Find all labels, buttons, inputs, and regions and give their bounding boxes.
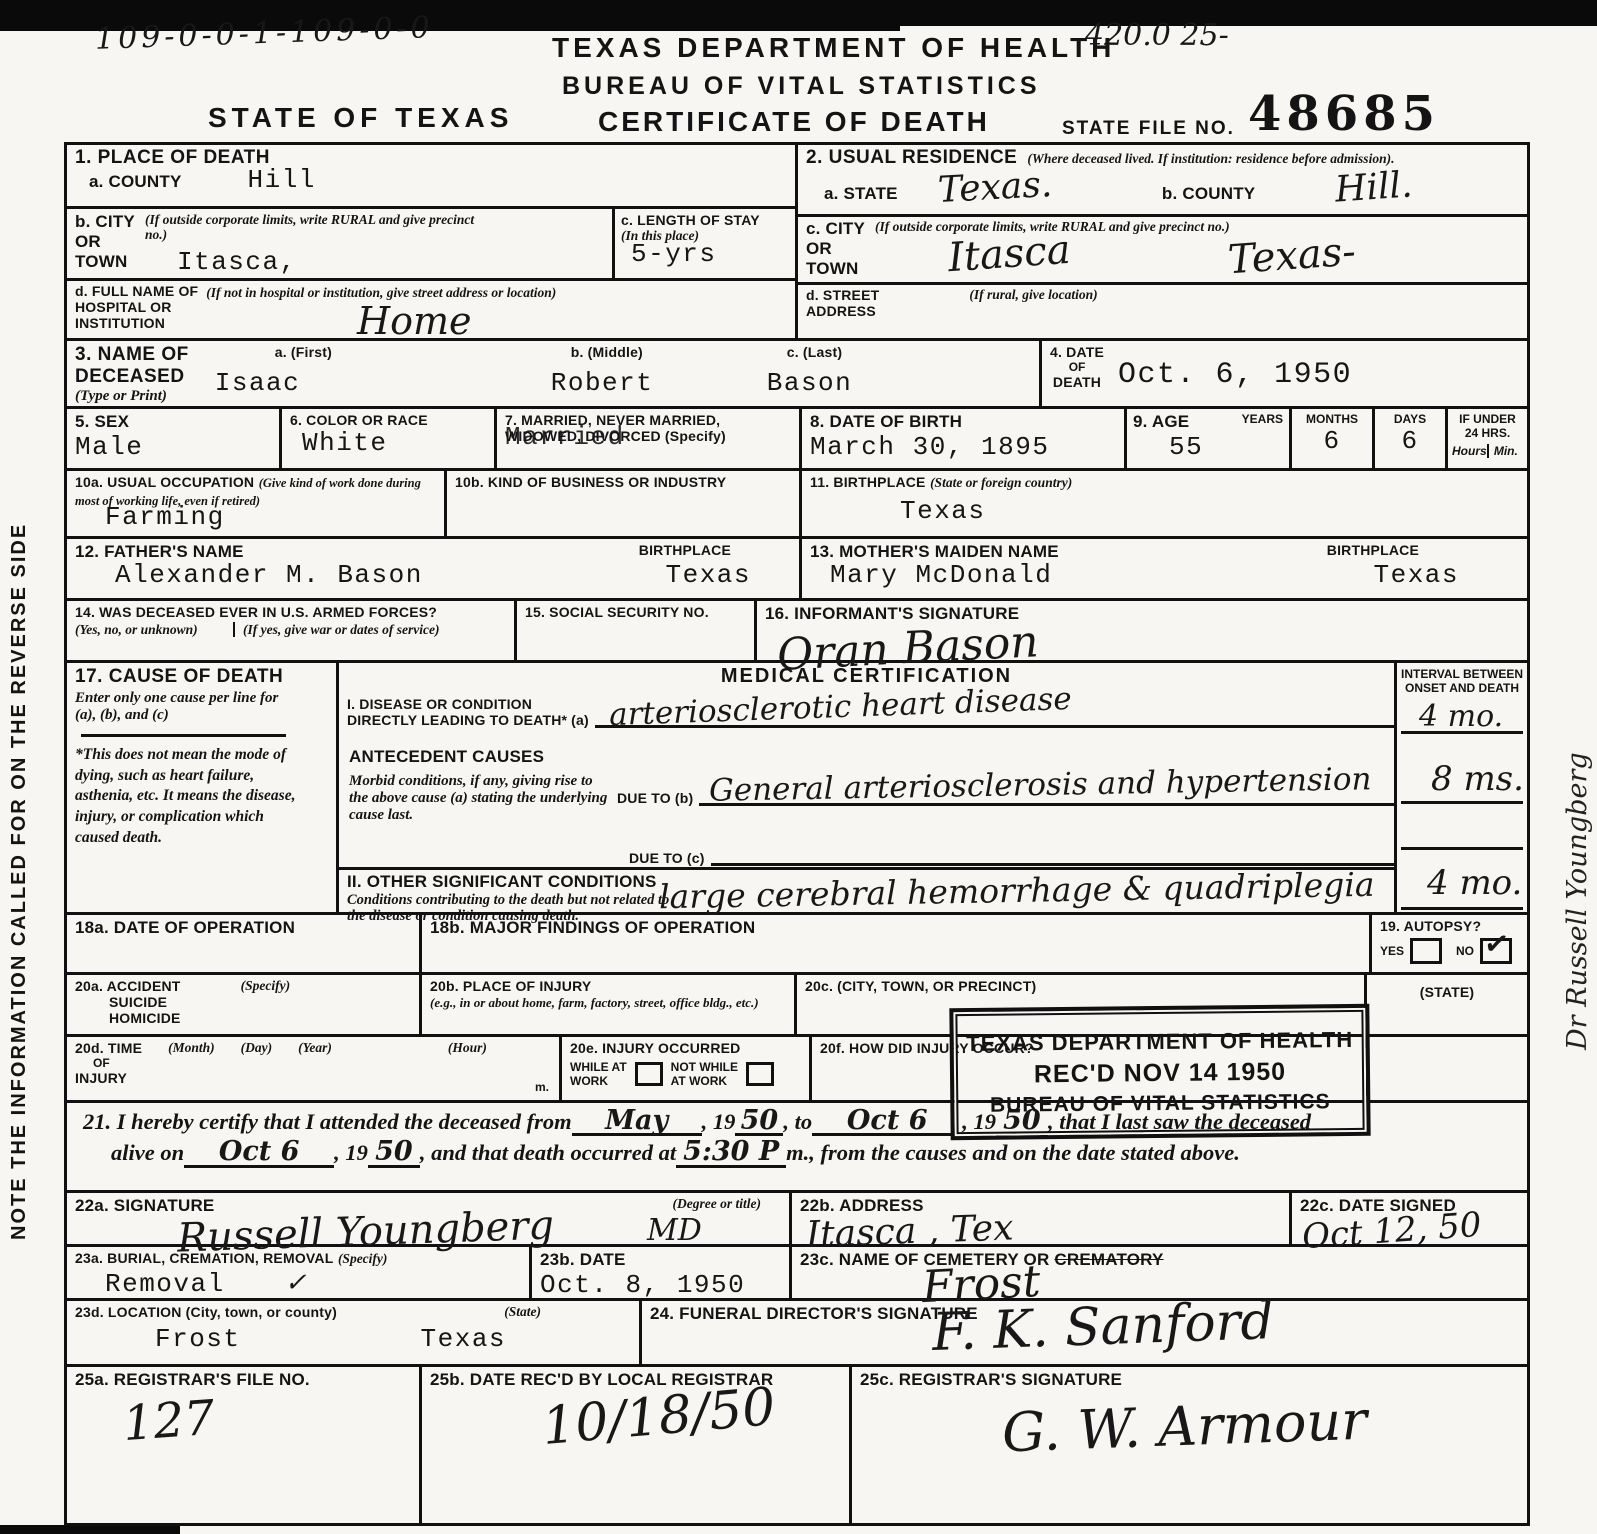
autopsy-no-label: NO (1456, 944, 1474, 958)
dob-label: 8. DATE OF BIRTH (810, 412, 1116, 432)
section-father: 12. FATHER'S NAME BIRTHPLACE Alexander M… (67, 539, 802, 598)
location-state-note: (State) (504, 1304, 541, 1320)
location-state-value: Texas (421, 1324, 507, 1354)
injury-at-work-label-2: WORK (570, 1074, 608, 1088)
section-time-of-injury: 20d. TIME OF INJURY (Month) (Day) (Year)… (67, 1037, 562, 1100)
burial-date-value: Oct. 8, 1950 (540, 1270, 781, 1300)
interval-c-line (1401, 831, 1523, 850)
race-value: White (302, 428, 486, 458)
section-injury-occurred: 20e. INJURY OCCURRED WHILE ATWORK NOT WH… (562, 1037, 812, 1100)
section-marital-status: 7. MARRIED, NEVER MARRIED, WIDOWED, DIVO… (497, 409, 802, 468)
accident-note: (Specify) (241, 978, 290, 1031)
certify-text-7: , 19 (334, 1140, 368, 1166)
cause-note-1: Enter only one cause per line for (a), (… (75, 690, 290, 724)
injury-city-label: 20c. (CITY, TOWN, OR PRECINCT) (805, 978, 1356, 994)
interval-label-1: INTERVAL BETWEEN (1397, 667, 1527, 681)
age-days-label: DAYS (1379, 412, 1441, 426)
birthplace-value: Texas (900, 496, 1519, 526)
injury-not-at-work-label-2: AT WORK (671, 1074, 727, 1088)
funeral-director-signature: F. K. Sanford (931, 1291, 1275, 1363)
autopsy-no-checkbox: ✓ (1480, 938, 1512, 964)
section-operation-findings: 18b. MAJOR FINDINGS OF OPERATION (422, 915, 1372, 972)
residence-city-label-3: TOWN (806, 259, 865, 279)
physician-signature-label: 22a. SIGNATURE (75, 1196, 214, 1216)
certify-death-time: 5:30 P (676, 1140, 786, 1167)
place-of-injury-label: 20b. PLACE OF INJURY (430, 978, 591, 994)
stamp-line-2: REC'D NOV 14 1950 (1034, 1057, 1287, 1089)
physician-address-value: Itasca , Tex (805, 1207, 1014, 1255)
section-color-race: 6. COLOR OR RACE White (282, 409, 497, 468)
section-accident-suicide: 20a. ACCIDENT SUICIDE HOMICIDE (Specify) (67, 975, 422, 1034)
age-months-label: MONTHS (1296, 412, 1368, 426)
section-place-of-injury: 20b. PLACE OF INJURY (e.g., in or about … (422, 975, 797, 1034)
certify-from-year: 50 (735, 1109, 783, 1136)
informant-label: 16. INFORMANT'S SIGNATURE (765, 604, 1519, 624)
state-of-texas-title: STATE OF TEXAS (208, 102, 513, 134)
dod-label-1: 4. DATE (1050, 344, 1104, 360)
right-margin-handwritten-note: Dr Russell Youngberg (1562, 420, 1593, 1050)
stamp-line-3: BUREAU OF VITAL STATISTICS (990, 1090, 1331, 1118)
department-title: TEXAS DEPARTMENT OF HEALTH (552, 32, 1115, 64)
burial-checkmark: ✓ (285, 1268, 307, 1298)
place-of-injury-note: (e.g., in or about home, farm, factory, … (430, 996, 786, 1011)
hospital-label-3: INSTITUTION (75, 315, 198, 331)
section-place-of-death: 1. PLACE OF DEATH a. COUNTY Hill b. CITY… (67, 145, 798, 338)
state-file-number: 48685 (1248, 86, 1440, 142)
name-title-1: 3. NAME OF (75, 344, 189, 366)
section-armed-forces: 14. WAS DECEASED EVER IN U.S. ARMED FORC… (67, 601, 517, 660)
age-days-value: 6 (1379, 426, 1441, 456)
armed-forces-note-2: (If yes, give war or dates of service) (243, 622, 483, 637)
certify-text-8: , and that death occurred at (420, 1140, 676, 1166)
father-birthplace-value: Texas (665, 560, 751, 590)
section-cause-of-death-notes: 17. CAUSE OF DEATH Enter only one cause … (67, 663, 339, 912)
age-hours-label: Hours (1452, 444, 1487, 458)
section-date-signed: 22c. DATE SIGNED Oct 12, 50 (1292, 1193, 1527, 1244)
injury-time-label-3: INJURY (75, 1070, 142, 1086)
age-under24-label: IF UNDER 24 HRS. (1452, 412, 1523, 440)
disease-a-tag: (a) (571, 712, 589, 728)
dob-value: March 30, 1895 (810, 432, 1116, 462)
section-informant: 16. INFORMANT'S SIGNATURE Oran Bason (757, 601, 1527, 660)
residence-city-label-1: c. CITY (806, 219, 865, 239)
residence-county-label: b. COUNTY (1162, 184, 1255, 204)
section-registrar-date: 25b. DATE REC'D BY LOCAL REGISTRAR 10/18… (422, 1367, 852, 1523)
section-birthplace: 11. BIRTHPLACE (State or foreign country… (802, 471, 1527, 536)
mother-birthplace-value: Texas (1373, 560, 1459, 590)
injury-hour-note: (Hour) (448, 1040, 487, 1055)
business-label: 10b. KIND OF BUSINESS OR INDUSTRY (455, 474, 791, 490)
section-cemetery: 23c. NAME OF CEMETERY OR CREMATORY Frost (792, 1247, 1527, 1298)
received-stamp: TEXAS DEPARTMENT OF HEALTH REC'D NOV 14 … (949, 1004, 1370, 1140)
usual-residence-title: 2. USUAL RESIDENCE (806, 147, 1017, 169)
cemetery-label-struck: CREMATORY (1054, 1250, 1163, 1269)
section-ssn: 15. SOCIAL SECURITY NO. (517, 601, 757, 660)
street-address-label-2: ADDRESS (806, 303, 879, 319)
left-margin-note: NOTE THE INFORMATION CALLED FOR ON THE R… (8, 300, 31, 1240)
cause-title: 17. CAUSE OF DEATH (75, 666, 328, 688)
operation-date-label: 18a. DATE OF OPERATION (75, 918, 411, 938)
name-title-2: DECEASED (75, 366, 189, 388)
sex-label: 5. SEX (75, 412, 271, 432)
section-injury-state: (STATE) (1367, 975, 1527, 1034)
interval-b-value: 8 ms. (1431, 759, 1524, 799)
autopsy-yes-checkbox (1410, 938, 1442, 964)
county-label: a. COUNTY (89, 172, 181, 192)
row-location-director: 23d. LOCATION (City, town, or county) (S… (67, 1301, 1527, 1367)
section-physician-signature: 22a. SIGNATURE (Degree or title) Russell… (67, 1193, 792, 1244)
certify-text-3: , to (783, 1109, 812, 1135)
mother-name-label: 13. MOTHER'S MAIDEN NAME (810, 542, 1059, 562)
section-business-industry: 10b. KIND OF BUSINESS OR INDUSTRY (447, 471, 802, 536)
injury-at-work-label-1: WHILE AT (570, 1060, 627, 1074)
row-operation-autopsy: 18a. DATE OF OPERATION 18b. MAJOR FINDIN… (67, 915, 1527, 975)
name-title-note: (Type or Print) (75, 388, 189, 405)
dod-label-3: DEATH (1050, 374, 1104, 390)
physician-degree-value: MD (647, 1213, 702, 1248)
accident-label-3: HOMICIDE (109, 1010, 181, 1026)
certificate-title: CERTIFICATE OF DEATH (598, 106, 990, 138)
occupation-value: Farming (105, 502, 436, 532)
registrar-signature-label: 25c. REGISTRAR'S SIGNATURE (860, 1370, 1519, 1390)
section-funeral-director: 24. FUNERAL DIRECTOR'S SIGNATURE F. K. S… (642, 1301, 1527, 1364)
section-registrar-file: 25a. REGISTRAR'S FILE NO. 127 (67, 1367, 422, 1523)
county-value: Hill (247, 165, 315, 195)
section-date-of-operation: 18a. DATE OF OPERATION (67, 915, 422, 972)
street-address-label-1: d. STREET (806, 287, 879, 303)
residence-county-value: Hill. (1334, 164, 1414, 210)
interval-label-2: ONSET AND DEATH (1397, 681, 1527, 695)
hospital-label-1: d. FULL NAME OF (75, 283, 198, 299)
age-years-value: 55 (1169, 432, 1283, 462)
stamp-line-1: TEXAS DEPARTMENT OF HEALTH (966, 1026, 1353, 1056)
injury-not-at-work-checkbox (746, 1062, 774, 1086)
residence-state-value: Texas. (937, 164, 1053, 211)
section-interval-column: INTERVAL BETWEEN ONSET AND DEATH 4 mo. 8… (1397, 663, 1527, 912)
injury-year-note: (Year) (298, 1040, 332, 1055)
interval-other-value: 4 mo. (1427, 863, 1522, 903)
certify-text-1: 21. I hereby certify that I attended the… (83, 1109, 572, 1135)
middle-name-label: b. (Middle) (571, 344, 741, 360)
dod-label-2: OF (1050, 360, 1104, 374)
sex-value: Male (75, 432, 271, 462)
first-name-value: Isaac (215, 368, 465, 398)
section-medical-certification: MEDICAL CERTIFICATION I. DISEASE OR COND… (339, 663, 1397, 912)
injury-not-at-work-label-1: NOT WHILE (671, 1060, 738, 1074)
location-city-value: Frost (155, 1324, 241, 1354)
section-occupation: 10a. USUAL OCCUPATION (Give kind of work… (67, 471, 447, 536)
injury-time-label-2: OF (93, 1056, 142, 1070)
state-file-no-label: STATE FILE NO. (1062, 118, 1235, 140)
autopsy-yes-label: YES (1380, 944, 1404, 958)
operation-findings-label: 18b. MAJOR FINDINGS OF OPERATION (430, 918, 1361, 938)
ssn-label: 15. SOCIAL SECURITY NO. (525, 604, 746, 620)
bureau-title: BUREAU OF VITAL STATISTICS (562, 72, 1041, 101)
father-birthplace-label: BIRTHPLACE (639, 542, 731, 562)
residence-city-value: Itasca (947, 227, 1072, 281)
middle-name-value: Robert (551, 368, 741, 398)
registrar-file-label: 25a. REGISTRAR'S FILE NO. (75, 1370, 411, 1390)
certify-to-date: Oct 6 (812, 1109, 962, 1136)
section-physician-address: 22b. ADDRESS Itasca , Tex (792, 1193, 1292, 1244)
antecedent-label: ANTECEDENT CAUSES (349, 747, 544, 767)
row-physician: 22a. SIGNATURE (Degree or title) Russell… (67, 1193, 1527, 1247)
birthplace-label: 11. BIRTHPLACE (810, 474, 926, 490)
disease-label-1: I. DISEASE OR CONDITION (347, 696, 567, 712)
registrar-signature-value: G. W. Armour (1001, 1389, 1368, 1465)
section-registrar-signature: 25c. REGISTRAR'S SIGNATURE G. W. Armour (852, 1367, 1527, 1523)
age-min-label: Min. (1489, 444, 1523, 458)
certify-alive-date: Oct 6 (184, 1140, 334, 1167)
last-name-value: Bason (767, 368, 1031, 398)
residence-city-label-2: OR (806, 239, 865, 259)
row-name-dod: 3. NAME OF DECEASED (Type or Print) a. (… (67, 341, 1527, 409)
disease-label-2: DIRECTLY LEADING TO DEATH* (347, 712, 567, 728)
father-name-label: 12. FATHER'S NAME (75, 542, 244, 562)
age-years-label: YEARS (1242, 412, 1283, 432)
age-label: 9. AGE (1133, 412, 1189, 432)
section-sex: 5. SEX Male (67, 409, 282, 468)
row-forces-ssn-informant: 14. WAS DECEASED EVER IN U.S. ARMED FORC… (67, 601, 1527, 663)
scan-bottom-bar (0, 1525, 180, 1534)
location-label: 23d. LOCATION (City, town, or county) (75, 1304, 337, 1320)
city-label-2: OR (75, 232, 135, 252)
row-place-residence: 1. PLACE OF DEATH a. COUNTY Hill b. CITY… (67, 145, 1527, 341)
cause-b-value: General arteriosclerosis and hypertensio… (709, 761, 1372, 809)
armed-forces-label: 14. WAS DECEASED EVER IN U.S. ARMED FORC… (75, 604, 506, 620)
usual-residence-note: (Where deceased lived. If institution: r… (1027, 151, 1447, 166)
section-burial-location: 23d. LOCATION (City, town, or county) (S… (67, 1301, 642, 1364)
injury-day-note: (Day) (241, 1040, 272, 1055)
due-to-b-tag: DUE TO (b) (617, 790, 693, 806)
place-of-death-title: 1. PLACE OF DEATH (75, 147, 787, 169)
accident-label-1: 20a. ACCIDENT (75, 978, 181, 994)
cause-note-2: *This does not mean the mode of dying, s… (75, 745, 305, 850)
section-autopsy: 19. AUTOPSY? YES NO ✓ (1372, 915, 1527, 972)
section-name-of-deceased: 3. NAME OF DECEASED (Type or Print) a. (… (67, 341, 1042, 406)
city-value: Itasca, (177, 247, 297, 277)
injury-state-note: (STATE) (1375, 984, 1519, 1000)
section-date-of-birth: 8. DATE OF BIRTH March 30, 1895 (802, 409, 1127, 468)
interval-a-value: 4 mo. (1419, 699, 1503, 734)
race-label: 6. COLOR OR RACE (290, 412, 486, 428)
first-name-label: a. (First) (275, 344, 465, 360)
mother-name-value: Mary McDonald (830, 560, 1052, 590)
certify-text-6: alive on (111, 1140, 184, 1166)
injury-month-note: (Month) (168, 1040, 215, 1055)
certify-alive-year: 50 (368, 1140, 420, 1167)
row-occupation-birthplace: 10a. USUAL OCCUPATION (Give kind of work… (67, 471, 1527, 539)
city-label-3: TOWN (75, 252, 135, 272)
age-months-value: 6 (1296, 426, 1368, 456)
street-address-note: (If rural, give location) (969, 287, 1097, 319)
mother-birthplace-label: BIRTHPLACE (1327, 542, 1419, 562)
due-to-c-tag: DUE TO (c) (629, 850, 705, 866)
section-date-of-death: 4. DATE OF DEATH Oct. 6, 1950 (1042, 341, 1527, 406)
father-name-value: Alexander M. Bason (115, 560, 423, 590)
handwritten-amount: 420.0 25- (1085, 18, 1229, 53)
autopsy-no-checkmark: ✓ (1482, 925, 1512, 963)
burial-value: Removal (105, 1269, 225, 1299)
section-injury-state-blank (1367, 1037, 1527, 1100)
injury-at-work-checkbox (635, 1062, 663, 1086)
section-age: 9. AGE YEARS 55 MONTHS 6 DAYS 6 IF UNDER… (1127, 409, 1527, 468)
hospital-value-handwritten: Home (357, 299, 472, 343)
armed-forces-note-1: (Yes, no, or unknown) (75, 622, 225, 637)
injury-time-label-1: 20d. TIME (75, 1040, 142, 1056)
section-mother: 13. MOTHER'S MAIDEN NAME BIRTHPLACE Mary… (802, 539, 1527, 598)
injury-occurred-label: 20e. INJURY OCCURRED (570, 1040, 801, 1056)
residence-state-label: a. STATE (824, 184, 898, 204)
registrar-date-label: 25b. DATE REC'D BY LOCAL REGISTRAR (430, 1370, 841, 1390)
row-registrar: 25a. REGISTRAR'S FILE NO. 127 25b. DATE … (67, 1367, 1527, 1523)
accident-label-2: SUICIDE (109, 994, 181, 1010)
birthplace-note: (State or foreign country) (930, 475, 1072, 490)
row-parents: 12. FATHER'S NAME BIRTHPLACE Alexander M… (67, 539, 1527, 601)
injury-m-label: m. (535, 1080, 549, 1094)
row-sex-race-age: 5. SEX Male 6. COLOR OR RACE White 7. MA… (67, 409, 1527, 471)
row-medical-certification: 17. CAUSE OF DEATH Enter only one cause … (67, 663, 1527, 915)
length-of-stay-value: 5-yrs (631, 239, 789, 269)
occupation-label: 10a. USUAL OCCUPATION (75, 474, 254, 490)
last-name-label: c. (Last) (787, 344, 1031, 360)
certificate-form: 1. PLACE OF DEATH a. COUNTY Hill b. CITY… (64, 142, 1530, 1526)
morbid-note: Morbid conditions, if any, giving rise t… (349, 773, 611, 823)
registrar-file-value: 127 (121, 1390, 216, 1452)
city-label-1: b. CITY (75, 212, 135, 232)
cause-a-value: arteriosclerotic heart disease (608, 681, 1072, 733)
certify-text-2: , 19 (702, 1109, 736, 1135)
length-of-stay-label: c. LENGTH OF STAY (621, 212, 789, 228)
certify-from-month: May (572, 1109, 702, 1136)
section-burial-date: 23b. DATE Oct. 8, 1950 (532, 1247, 792, 1298)
dod-value: Oct. 6, 1950 (1118, 358, 1352, 403)
certify-text-9: m., from the causes and on the date stat… (786, 1140, 1240, 1166)
residence-city-value-2: Texas- (1227, 229, 1358, 284)
marital-value: Married (505, 422, 791, 452)
section-usual-residence: 2. USUAL RESIDENCE (Where deceased lived… (798, 145, 1527, 338)
burial-date-label: 23b. DATE (540, 1250, 781, 1270)
hospital-label-2: HOSPITAL OR (75, 299, 198, 315)
